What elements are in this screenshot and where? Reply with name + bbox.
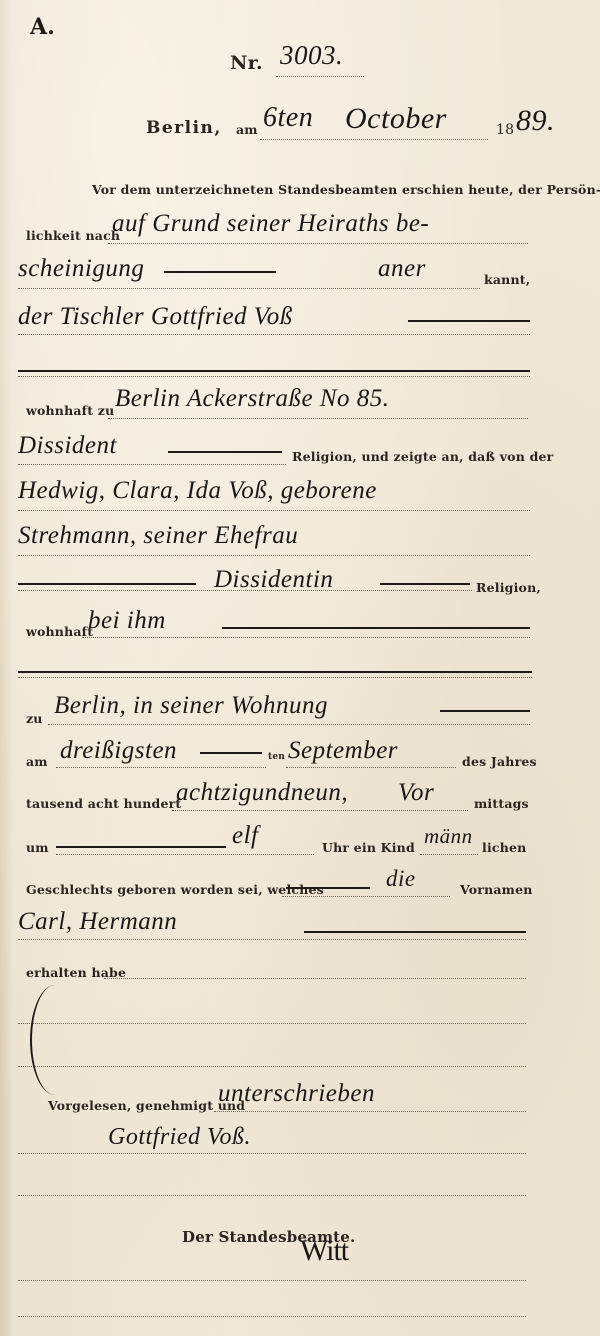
filler-dash: [18, 370, 530, 372]
dotline: [18, 1066, 526, 1067]
dotline: [18, 555, 530, 556]
die-hand: die: [386, 866, 416, 892]
filler-dash: [56, 846, 226, 848]
dotline: [18, 590, 472, 591]
dotline: [108, 243, 528, 244]
dotline: [82, 637, 530, 638]
closing-bracket: [30, 985, 72, 1095]
dotline: [108, 418, 528, 419]
dotline: [286, 767, 456, 768]
dotline: [18, 510, 530, 511]
year-prefix: 18: [496, 122, 514, 138]
mother-names: Hedwig, Clara, Ida Voß, geborene: [18, 477, 377, 505]
dotline: [56, 767, 266, 768]
thousand-label: tausend acht hundert: [26, 796, 181, 811]
birth-day: dreißigsten: [60, 737, 177, 765]
filler-dash: [164, 271, 276, 273]
intro-line-2-hand: auf Grund seiner Heiraths be-: [112, 210, 429, 238]
year-suffix: 89.: [516, 104, 555, 138]
filler-dash: [18, 671, 532, 673]
place-label: Berlin,: [146, 118, 222, 138]
dotline: [18, 1195, 526, 1196]
dotline: [48, 724, 530, 725]
dotline: [172, 810, 468, 811]
filler-dash: [168, 451, 282, 453]
year-label: des Jahres: [462, 754, 537, 769]
dotline: [18, 1023, 526, 1024]
dotline: [260, 139, 488, 140]
birth-record-page: ⁠ A. Nr. 3003. Berlin, am 6ten October 1…: [0, 0, 600, 1336]
filler-dash: [440, 710, 530, 712]
informant-name: der Tischler Gottfried Voß: [18, 303, 293, 331]
dotline: [18, 376, 530, 377]
intro-line-3-hand-2: aner: [378, 255, 426, 283]
dotline: [18, 288, 480, 289]
section-mark: A.: [30, 14, 55, 40]
intro-line-3-hand: scheinigung: [18, 255, 144, 283]
dotline: [18, 1153, 526, 1154]
intro-line-1: Vor dem unterzeichneten Standesbeamten e…: [92, 182, 600, 197]
dotline: [18, 939, 526, 940]
dotline: [18, 334, 530, 335]
uhr-label: Uhr ein Kind: [322, 840, 415, 855]
dotline: [282, 896, 450, 897]
filler-dash: [408, 320, 530, 322]
child-sex: männ: [424, 824, 473, 849]
dotline: [18, 1280, 526, 1281]
father-religion-label: Religion, und zeigte an, daß von der: [292, 449, 553, 464]
am-label: am: [236, 122, 258, 137]
child-given-names: Carl, Hermann: [18, 908, 177, 936]
registrar-signature: Witt: [300, 1234, 348, 1268]
date-day: 6ten: [263, 102, 313, 134]
read-approved-hand: unterschrieben: [218, 1080, 375, 1108]
mother-maiden-name: Strehmann, seiner Ehefrau: [18, 522, 298, 550]
sex-suffix-label: lichen: [482, 840, 526, 855]
filler-dash: [380, 583, 470, 585]
date-month: October: [345, 102, 447, 136]
father-religion: Dissident: [18, 432, 117, 460]
birth-place-label: zu: [26, 711, 43, 726]
dotline: [420, 854, 478, 855]
filler-dash: [18, 583, 196, 585]
gender-line-label: Geschlechts geboren worden sei, welches: [26, 882, 324, 897]
ten-label: ten: [268, 752, 285, 762]
birth-month: September: [288, 737, 398, 765]
birth-hour: elf: [232, 822, 259, 850]
birth-year-words: achtzigundneun,: [176, 779, 348, 807]
mother-residence: bei ihm: [88, 607, 166, 635]
father-residence-label: wohnhaft zu: [26, 403, 114, 418]
um-label: um: [26, 840, 49, 855]
birth-period: Vor: [398, 779, 434, 807]
filler-dash: [200, 752, 262, 754]
dotline: [18, 464, 286, 465]
filler-dash: [286, 887, 370, 889]
mother-religion-label: Religion,: [476, 580, 541, 595]
vornamen-label: Vornamen: [460, 882, 533, 897]
record-number-label: Nr.: [230, 52, 263, 74]
dotline: [214, 1111, 526, 1112]
informant-signature: Gottfried Voß.: [108, 1124, 251, 1151]
dotline: [18, 1316, 526, 1317]
dotline: [56, 854, 314, 855]
intro-line-2-label: lichkeit nach: [26, 228, 120, 243]
intro-line-3-label: kannt,: [484, 272, 530, 287]
record-number: 3003.: [280, 40, 343, 71]
dotline: [104, 978, 526, 979]
birth-day-label: am: [26, 754, 48, 769]
father-residence: Berlin Ackerstraße No 85.: [115, 385, 390, 413]
filler-dash: [222, 627, 530, 629]
dotline: [276, 76, 364, 77]
mittags-label: mittags: [474, 796, 529, 811]
birth-place: Berlin, in seiner Wohnung: [54, 692, 328, 720]
filler-dash: [304, 931, 526, 933]
dotline: [18, 677, 532, 678]
